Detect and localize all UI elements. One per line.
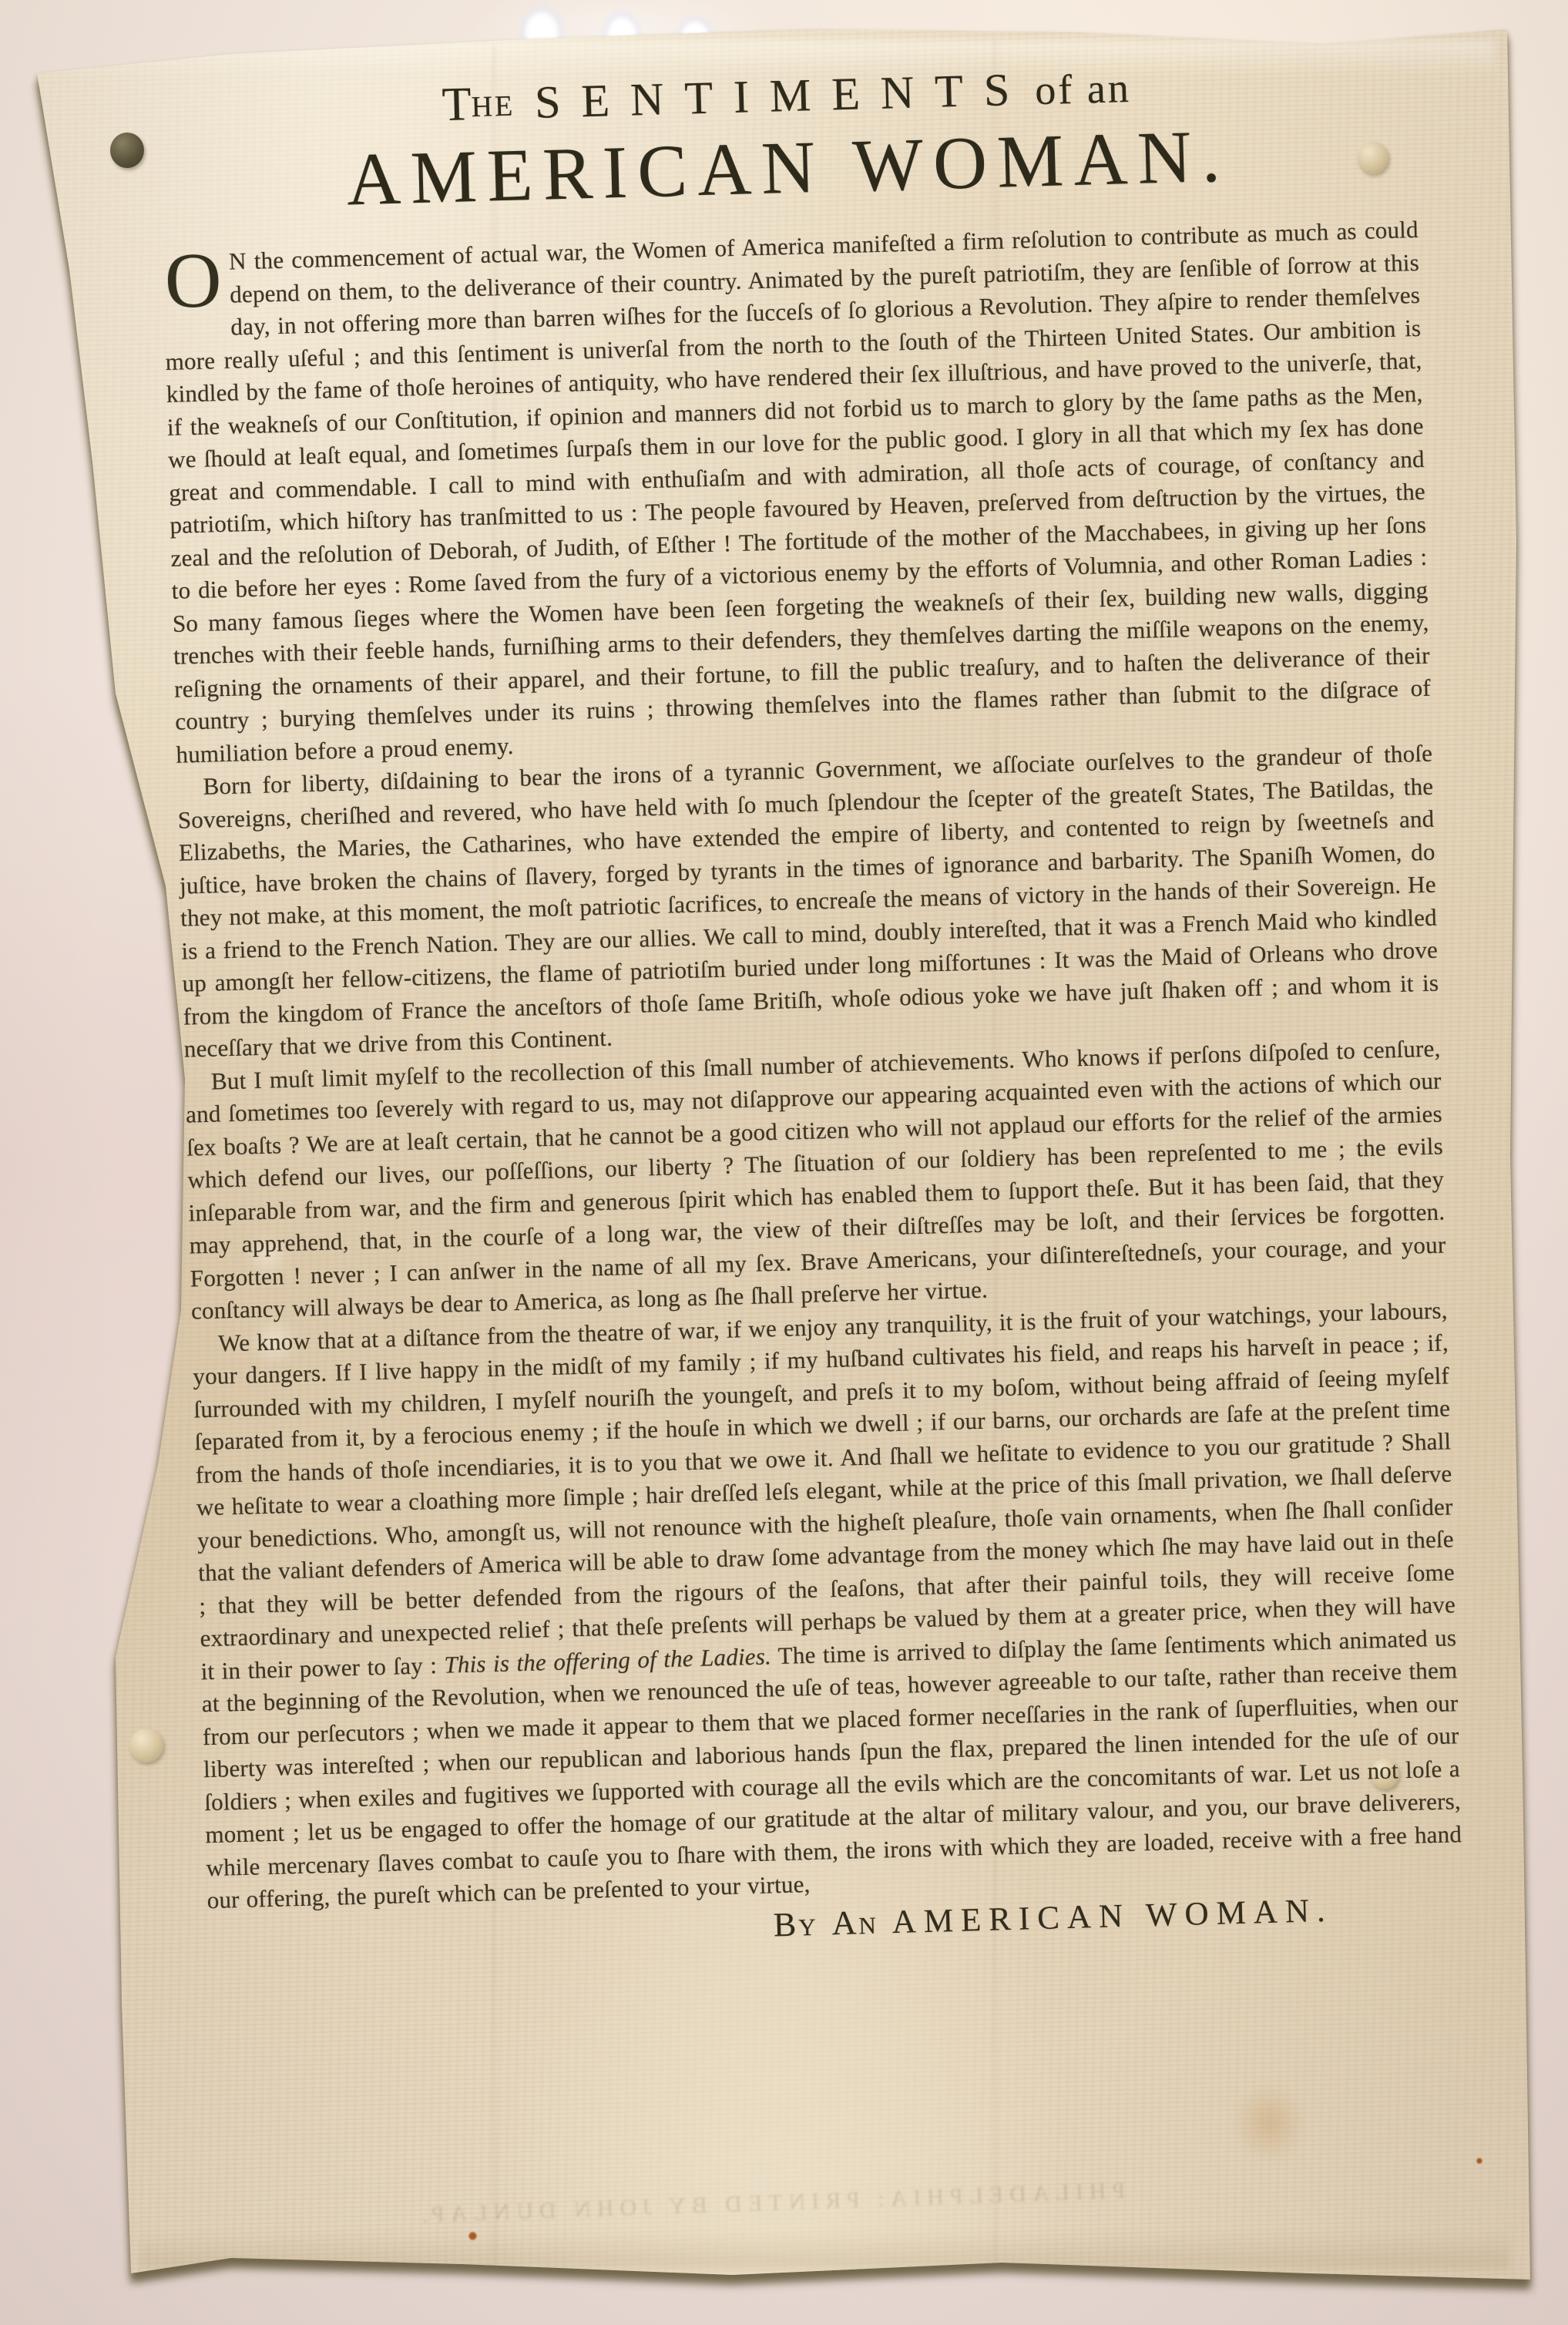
paragraph-2: Born for liberty, diſdaining to bear the… bbox=[176, 737, 1440, 1066]
stain-left-edge bbox=[73, 948, 127, 1125]
light-patch-1 bbox=[108, 1229, 166, 1287]
paragraph-3-text: But I muſt limit myſelf to the recollect… bbox=[186, 1034, 1446, 1324]
title-the-initial: T bbox=[442, 78, 472, 131]
rust-speck-2 bbox=[1476, 2158, 1482, 2164]
dropcap-O: O bbox=[163, 246, 230, 314]
signature-name: American Woman. bbox=[891, 1892, 1333, 1940]
paragraph-4: We know that at a diſtance from the thea… bbox=[192, 1294, 1463, 1917]
signature-by: By bbox=[773, 1904, 818, 1944]
paragraph-4-text-pre: We know that at a diſtance from the thea… bbox=[193, 1296, 1456, 1685]
paragraph-2-text: Born for liberty, diſdaining to bear the… bbox=[177, 740, 1439, 1063]
signature-an: An bbox=[831, 1903, 878, 1942]
paragraph-1: ON the commencement of actual war, the W… bbox=[163, 213, 1432, 771]
broadside-paper: THESENTIMENTSof an AMERICAN WOMAN. ON th… bbox=[0, 0, 1568, 2325]
title-of-an: of an bbox=[1034, 65, 1131, 113]
rust-speck-1 bbox=[468, 2232, 477, 2240]
paragraph-3: But I muſt limit myſelf to the recollect… bbox=[184, 1032, 1447, 1328]
show-through-text: PHILADELPHIA: PRINTED BY JOHN DUNLAP. bbox=[362, 2176, 1180, 2231]
stain-bottom-right bbox=[1233, 2085, 1306, 2162]
printed-text-block: THESENTIMENTSof an AMERICAN WOMAN. ON th… bbox=[158, 52, 1464, 1960]
pushpin-left bbox=[129, 1729, 163, 1762]
paragraph-1-text: N the commencement of actual war, the Wo… bbox=[165, 216, 1431, 768]
stain-left-upper bbox=[46, 509, 92, 647]
broadside-paper-shadow: THESENTIMENTSof an AMERICAN WOMAN. ON th… bbox=[0, 0, 1568, 2325]
title-the-smallcaps: HE bbox=[471, 90, 515, 124]
title-sentiments: SENTIMENTS bbox=[534, 63, 1031, 127]
pushpin-top-left bbox=[110, 133, 144, 168]
bottom-edge-tone bbox=[139, 2232, 1510, 2269]
italic-phrase-offering-of-the-ladies: This is the offering of the Ladies. bbox=[444, 1642, 771, 1678]
